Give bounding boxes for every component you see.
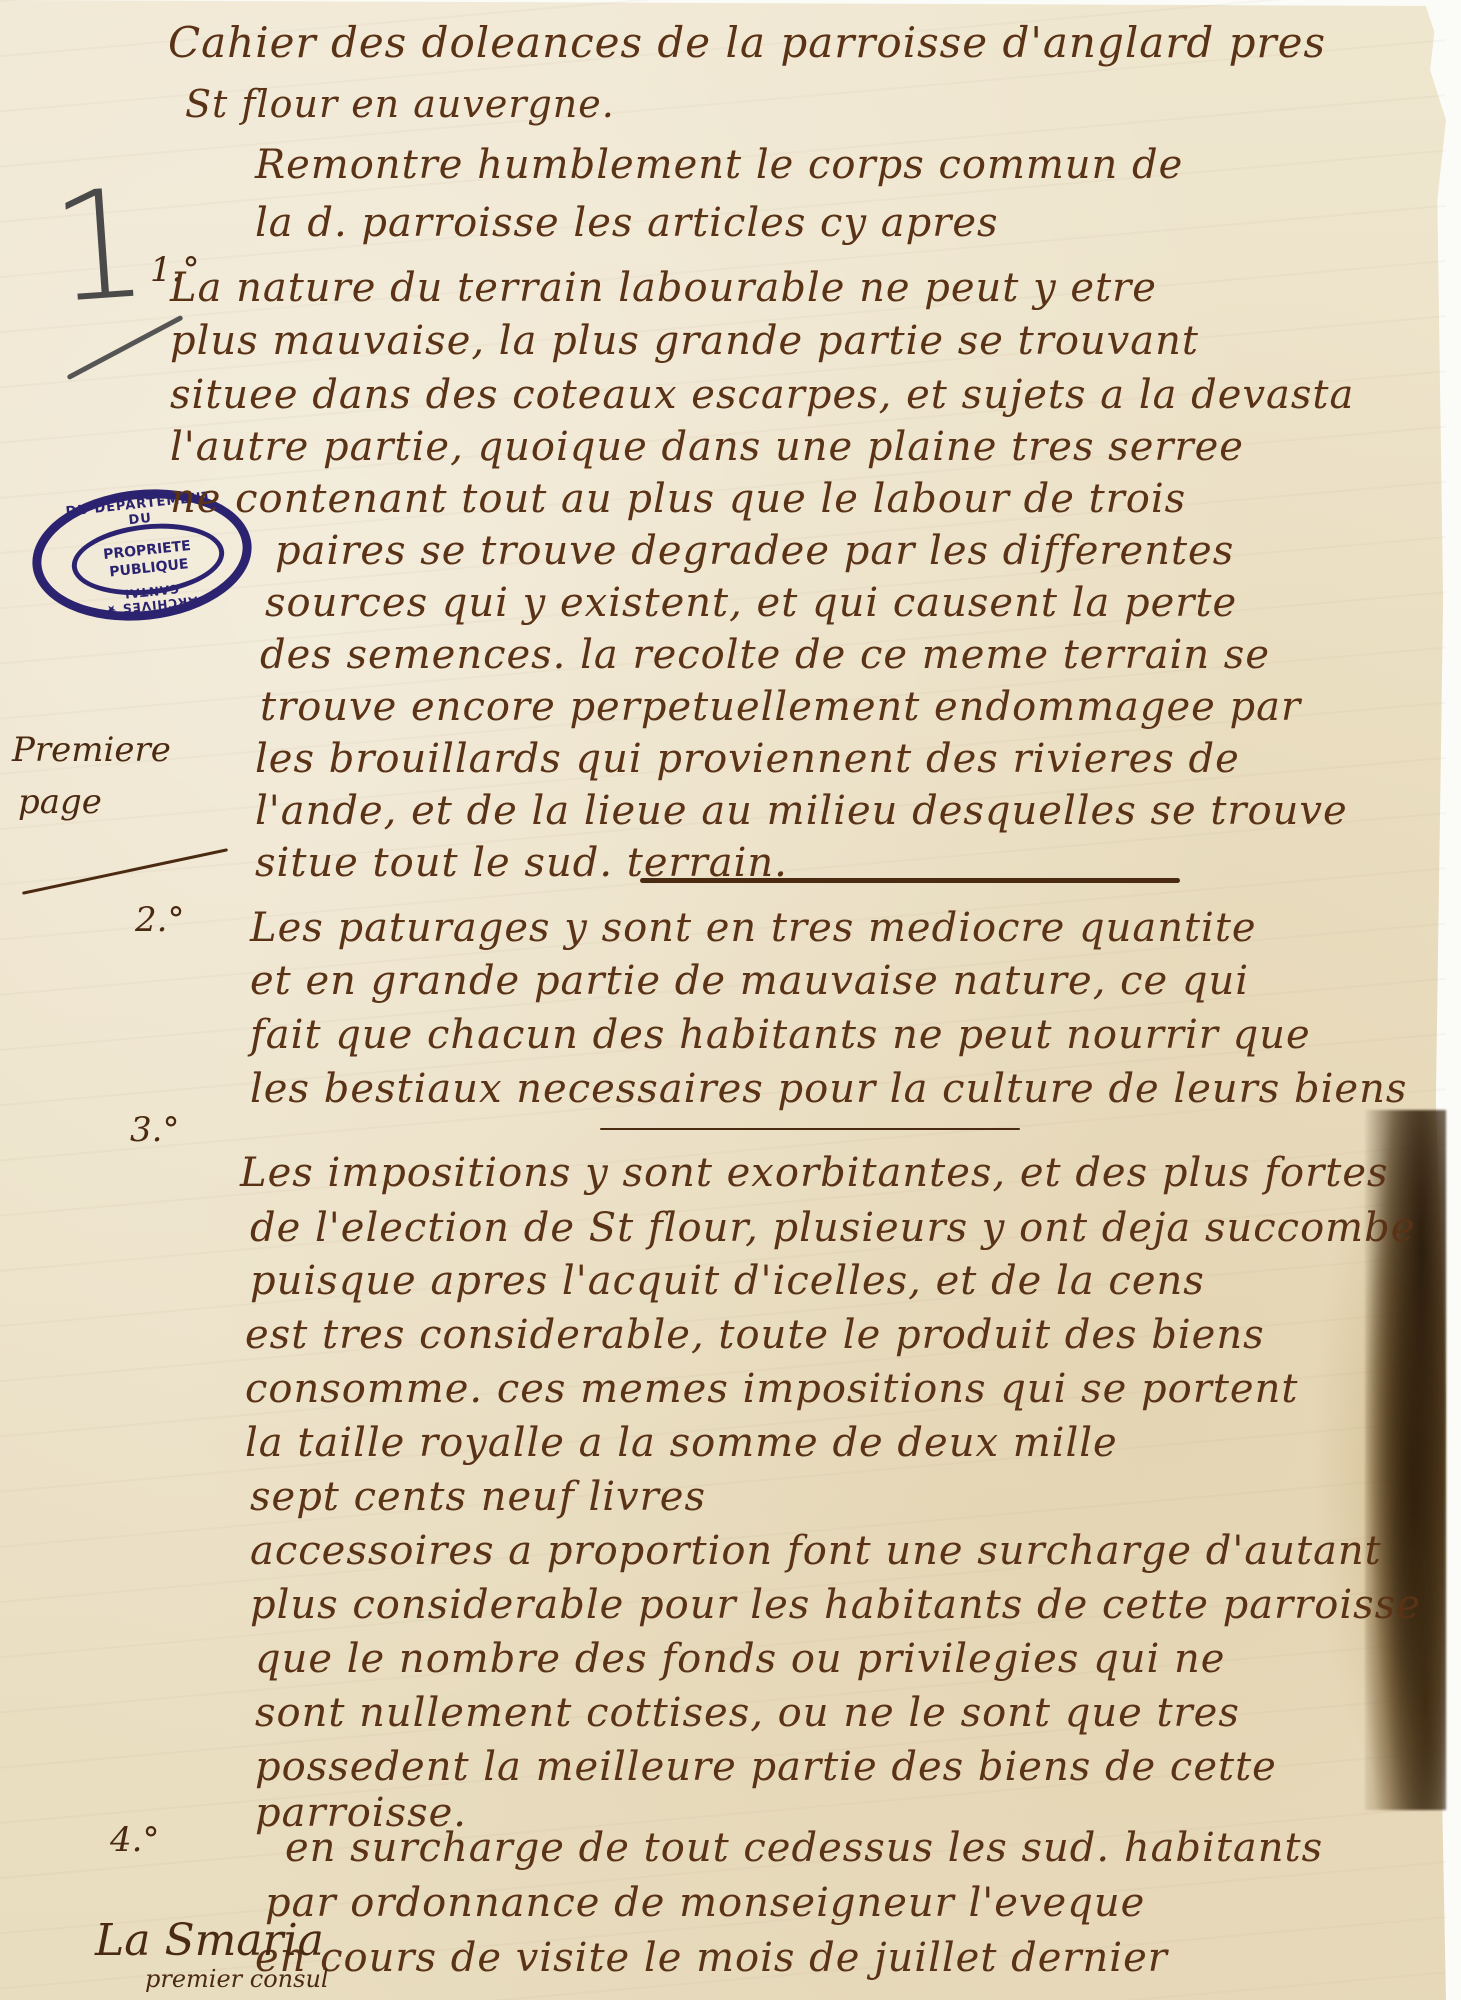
title-line-1: Cahier des doleances de la parroisse d'a… xyxy=(168,18,1326,67)
title-line-2: St flour en auvergne. xyxy=(185,82,615,126)
s4-line: en surcharge de tout cedessus les sud. h… xyxy=(285,1825,1323,1871)
s2-line: Les paturages y sont en tres mediocre qu… xyxy=(250,905,1257,951)
s4-line: en cours de visite le mois de juillet de… xyxy=(255,1935,1168,1981)
s1-line: plus mauvaise, la plus grande partie se … xyxy=(170,318,1199,364)
section-1-end-rule xyxy=(640,878,1180,883)
s3-line: la taille royalle a la somme de deux mil… xyxy=(245,1420,1118,1466)
s1-line: La nature du terrain labourable ne peut … xyxy=(170,265,1157,311)
s3-line: accessoires a proportion font une surcha… xyxy=(250,1528,1382,1574)
section-3-number: 3.° xyxy=(130,1110,179,1150)
s2-line: fait que chacun des habitants ne peut no… xyxy=(250,1012,1311,1058)
section-2-number: 2.° xyxy=(135,900,184,940)
s1-line: situee dans des coteaux escarpes, et suj… xyxy=(170,372,1354,418)
s4-line: par ordonnance de monseigneur l'eveque xyxy=(265,1880,1145,1926)
s3-line: de l'election de St flour, plusieurs y o… xyxy=(250,1205,1415,1251)
s3-line: que le nombre des fonds ou privilegies q… xyxy=(255,1636,1225,1682)
intro-line-1: Remontre humblement le corps commun de xyxy=(255,142,1183,188)
s1-line: paires se trouve degradee par les differ… xyxy=(275,528,1234,574)
signature-subscript: premier consul xyxy=(145,1965,329,1993)
s1-line: les brouillards qui proviennent des rivi… xyxy=(255,736,1240,782)
margin-note-line-1: Premiere xyxy=(12,730,171,770)
s3-line: plus considerable pour les habitants de … xyxy=(250,1582,1421,1628)
s1-line: l'ande, et de la lieue au milieu desquel… xyxy=(255,788,1348,834)
s1-line: des semences. la recolte de ce meme terr… xyxy=(260,632,1270,678)
s3-line: possedent la meilleure partie des biens … xyxy=(255,1744,1277,1790)
signature: La Smaria xyxy=(95,1915,324,1966)
s1-line: sources qui y existent, et qui causent l… xyxy=(265,580,1237,626)
s3-line: sont nullement cottises, ou ne le sont q… xyxy=(255,1690,1240,1736)
s3-line: puisque apres l'acquit d'icelles, et de … xyxy=(250,1258,1205,1304)
section-2-end-rule xyxy=(600,1128,1020,1130)
s3-line: Les impositions y sont exorbitantes, et … xyxy=(240,1150,1389,1196)
s1-line: ne contenant tout au plus que le labour … xyxy=(170,476,1186,522)
s2-line: et en grande partie de mauvaise nature, … xyxy=(250,958,1249,1004)
folio-number: 1 xyxy=(46,157,153,337)
s2-line: les bestiaux necessaires pour la culture… xyxy=(250,1066,1407,1112)
s1-line: trouve encore perpetuellement endommagee… xyxy=(260,684,1301,730)
s3-line: consomme. ces memes impositions qui se p… xyxy=(245,1366,1298,1412)
s3-line: sept cents neuf livres xyxy=(250,1474,706,1520)
margin-note-line-2: page xyxy=(18,782,102,822)
s1-line: l'autre partie, quoique dans une plaine … xyxy=(170,424,1244,470)
s3-line: est tres considerable, toute le produit … xyxy=(245,1312,1265,1358)
section-4-number: 4.° xyxy=(110,1820,159,1860)
intro-line-2: la d. parroisse les articles cy apres xyxy=(255,200,999,246)
